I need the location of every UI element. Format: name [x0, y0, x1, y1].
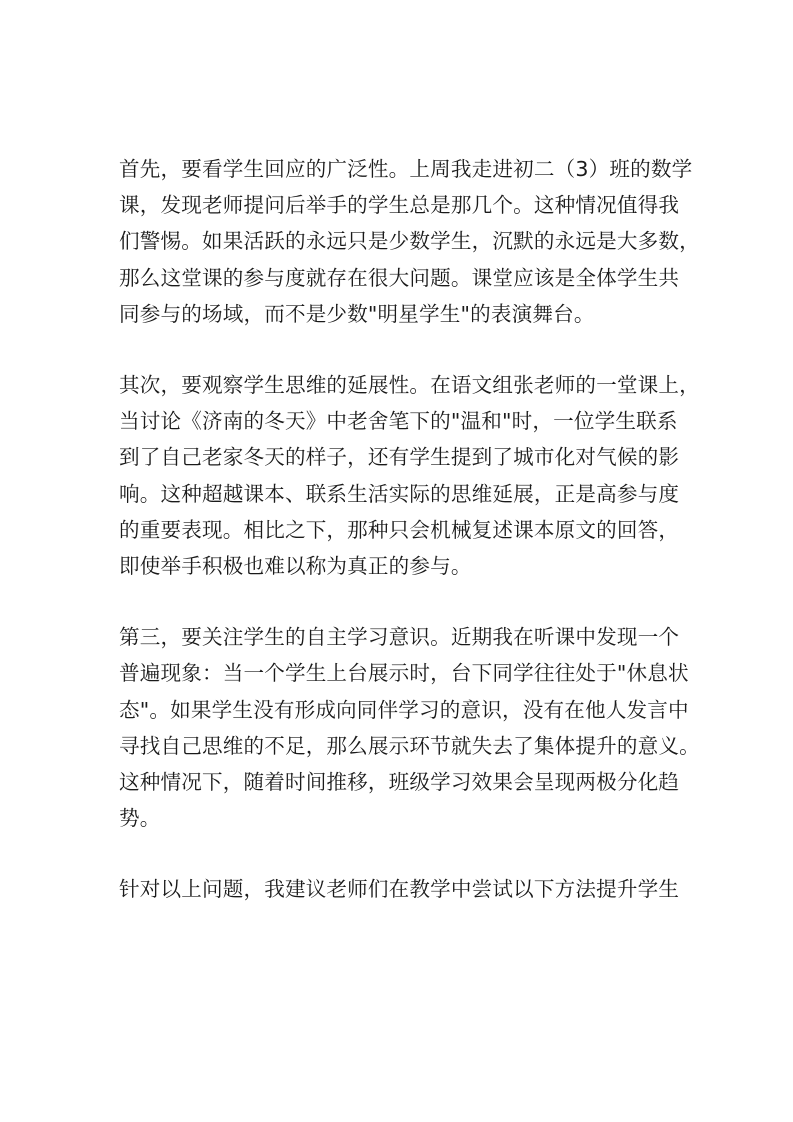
paragraph-recommendations: 针对以上问题，我建议老师们在教学中尝试以下方法提升学生 [119, 871, 694, 907]
text-line: 响。这种超越课本、联系生活实际的思维延展，正是高参与度 [119, 476, 694, 512]
text-line: 其次，要观察学生思维的延展性。在语文组张老师的一堂课上， [119, 367, 694, 403]
text-line: 即使举手积极也难以称为真正的参与。 [119, 548, 694, 584]
text-line: 课，发现老师提问后举手的学生总是那几个。这种情况值得我 [119, 187, 694, 223]
text-line: 普遍现象：当一个学生上台展示时，台下同学往往处于"休息状 [119, 655, 694, 691]
text-line: 那么这堂课的参与度就存在很大问题。课堂应该是全体学生共 [119, 260, 694, 296]
text-line: 同参与的场域，而不是少数"明星学生"的表演舞台。 [119, 296, 694, 332]
text-line: 第三，要关注学生的自主学习意识。近期我在听课中发现一个 [119, 619, 694, 655]
document-page: 首先，要看学生回应的广泛性。上周我走进初二（3）班的数学 课，发现老师提问后举手… [119, 151, 694, 943]
text-line: 的重要表现。相比之下，那种只会机械复述课本原文的回答， [119, 512, 694, 548]
text-line: 态"。如果学生没有形成向同伴学习的意识，没有在他人发言中 [119, 692, 694, 728]
text-line: 寻找自己思维的不足，那么展示环节就失去了集体提升的意义。 [119, 728, 694, 764]
paragraph-thinking-extension: 其次，要观察学生思维的延展性。在语文组张老师的一堂课上， 当讨论《济南的冬天》中… [119, 367, 694, 584]
text-line: 势。 [119, 800, 694, 836]
text-line: 针对以上问题，我建议老师们在教学中尝试以下方法提升学生 [119, 871, 694, 907]
text-line: 们警惕。如果活跃的永远只是少数学生，沉默的永远是大多数， [119, 223, 694, 259]
text-line: 到了自己老家冬天的样子，还有学生提到了城市化对气候的影 [119, 439, 694, 475]
paragraph-breadth-of-response: 首先，要看学生回应的广泛性。上周我走进初二（3）班的数学 课，发现老师提问后举手… [119, 151, 694, 332]
paragraph-self-learning-awareness: 第三，要关注学生的自主学习意识。近期我在听课中发现一个 普遍现象：当一个学生上台… [119, 619, 694, 836]
text-line: 首先，要看学生回应的广泛性。上周我走进初二（3）班的数学 [119, 151, 694, 187]
text-line: 这种情况下，随着时间推移，班级学习效果会呈现两极分化趋 [119, 764, 694, 800]
text-line: 当讨论《济南的冬天》中老舍笔下的"温和"时，一位学生联系 [119, 403, 694, 439]
